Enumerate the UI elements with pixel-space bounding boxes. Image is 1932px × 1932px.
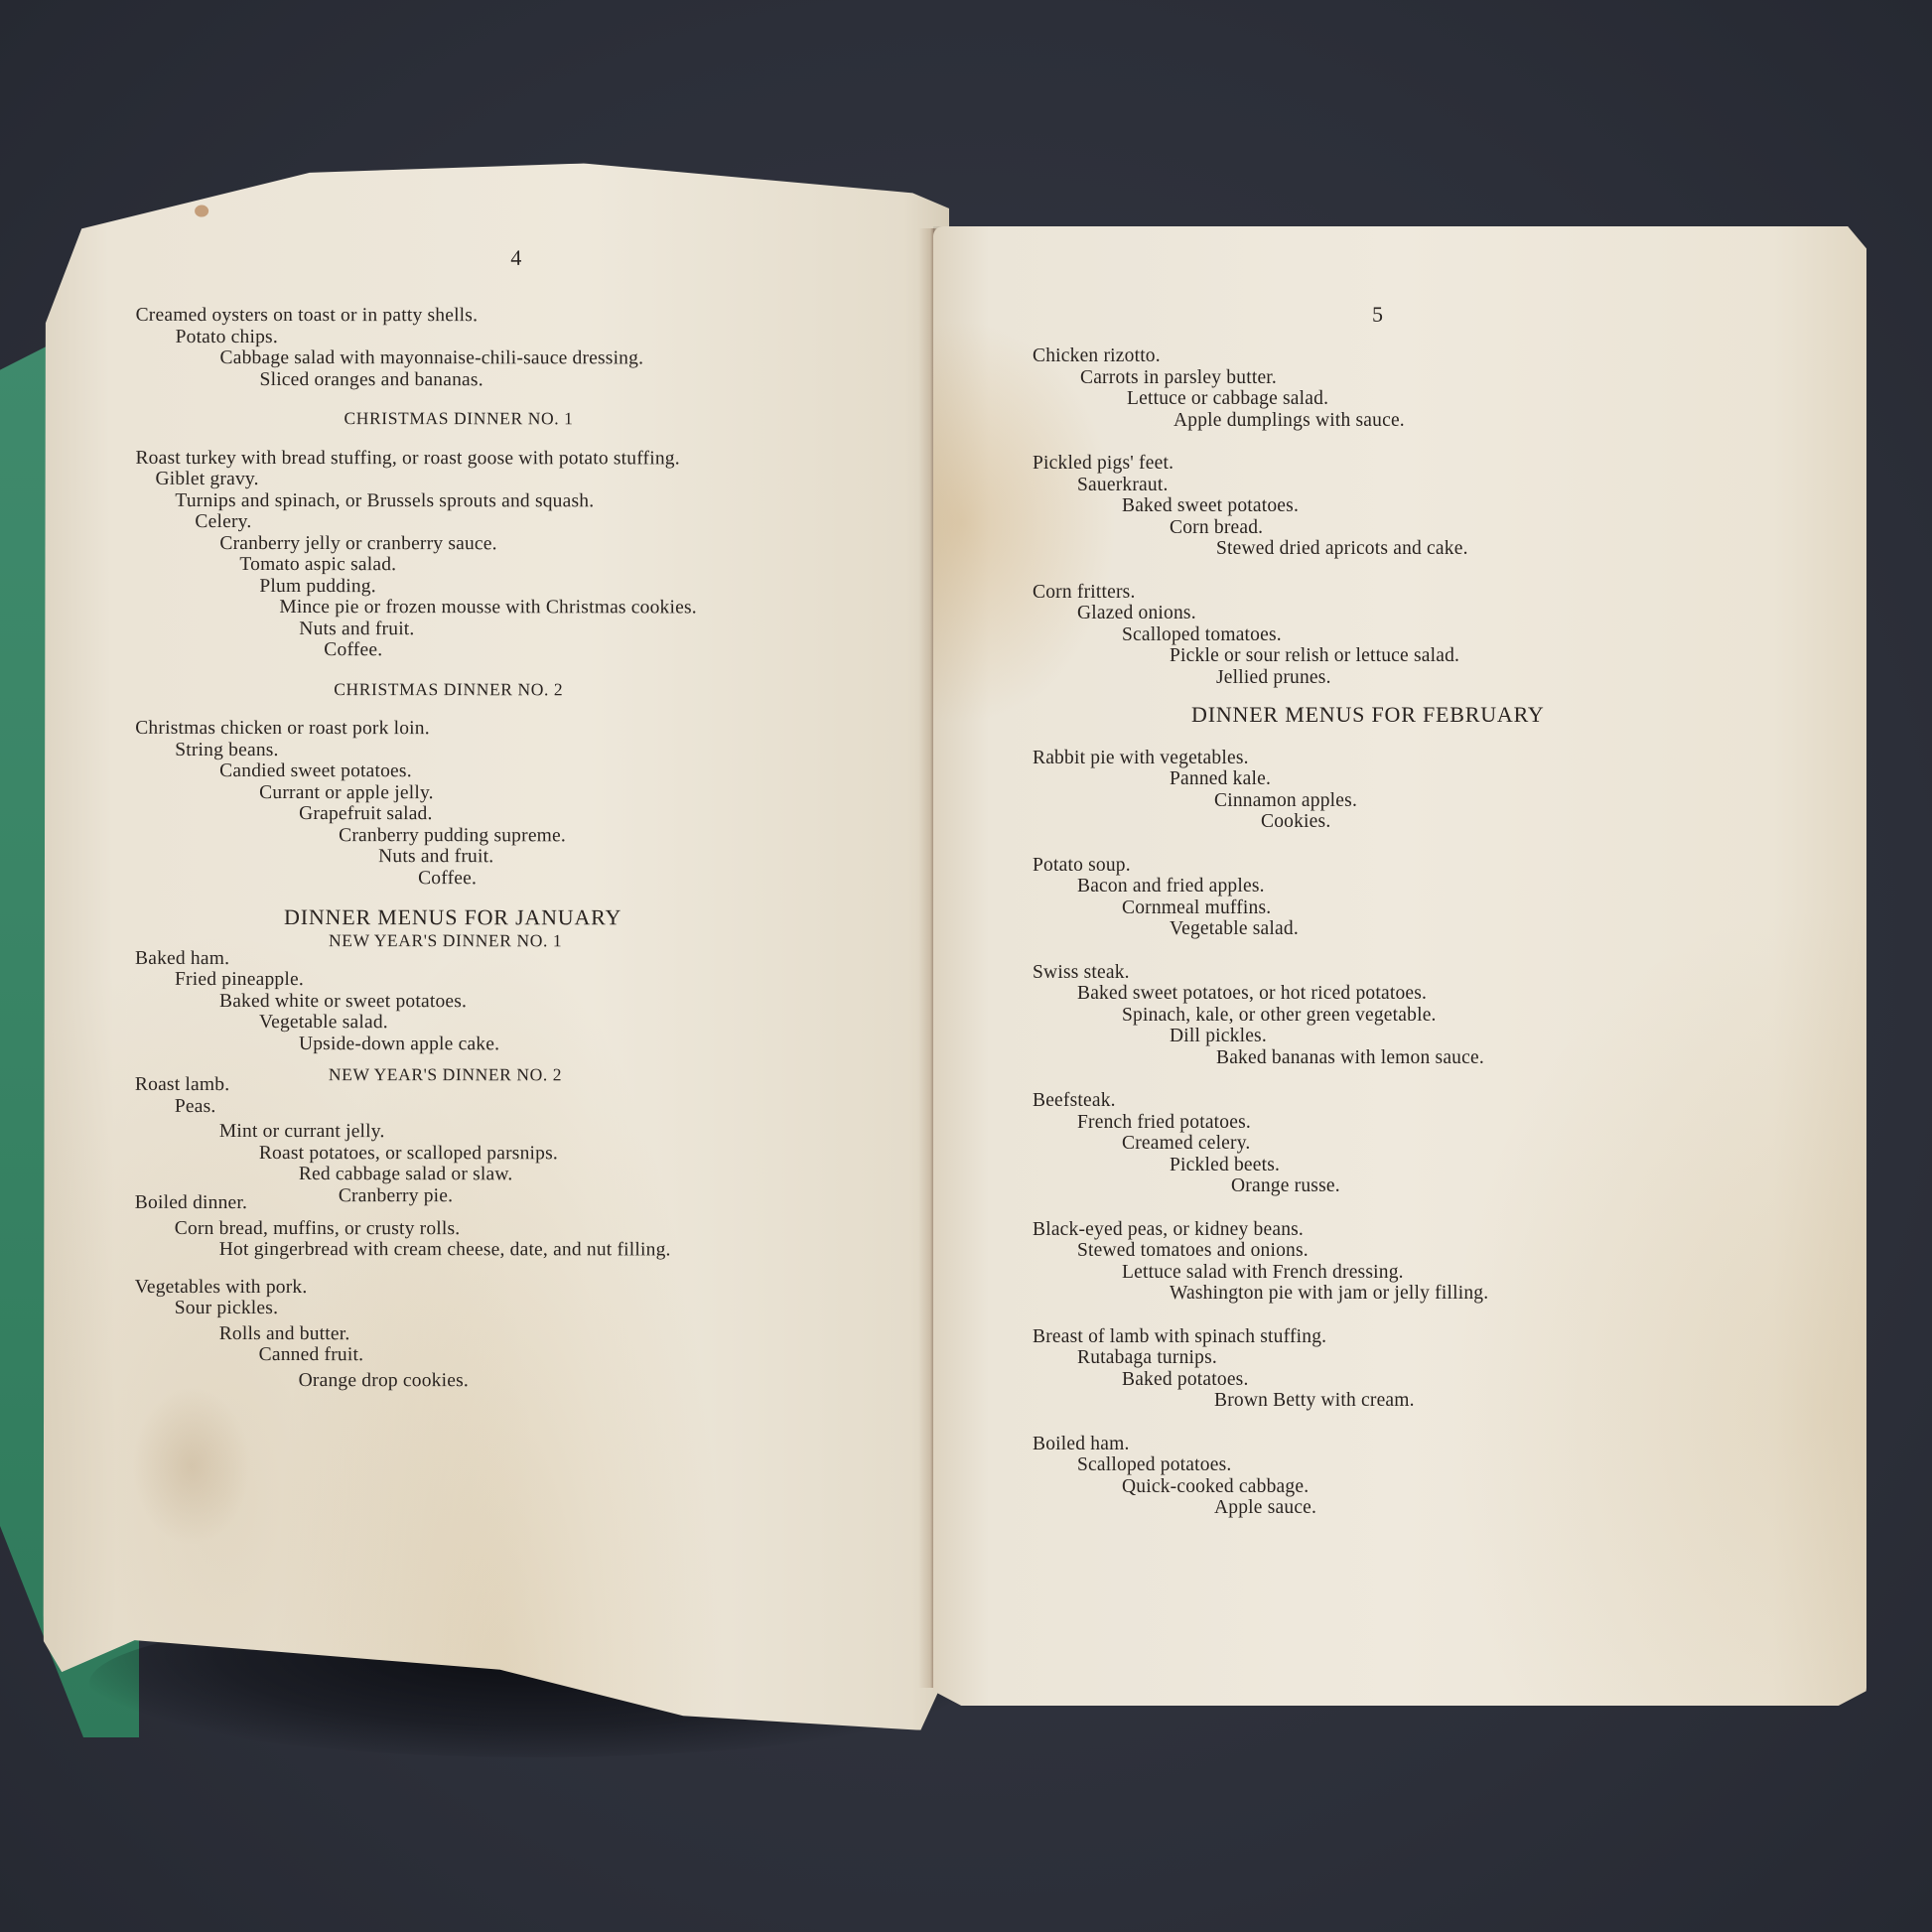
menu-vegetables-pork: Vegetables with pork. Sour pickles. Roll… xyxy=(135,1276,929,1391)
menu-line: Creamed oysters on toast or in patty she… xyxy=(136,305,930,327)
menu-oysters: Creamed oysters on toast or in patty she… xyxy=(136,305,930,391)
menu-christmas-2: Christmas chicken or roast pork loin. St… xyxy=(135,718,929,890)
menu-line: Sauerkraut. xyxy=(1033,475,1827,496)
menu-line: Nuts and fruit. xyxy=(135,618,929,639)
spacer xyxy=(1033,1412,1827,1434)
menu-line: Red cabbage salad or slaw. xyxy=(135,1164,929,1185)
page-number-right: 5 xyxy=(1372,302,1383,328)
menu-line: Beefsteak. xyxy=(1033,1090,1827,1112)
menu-line: Baked sweet potatoes, or hot riced potat… xyxy=(1033,983,1827,1005)
menu-line: Cabbage salad with mayonnaise-chili-sauc… xyxy=(136,347,930,369)
menu-line: Sliced oranges and bananas. xyxy=(136,368,930,390)
menu-line: Upside-down apple cake. xyxy=(135,1033,929,1054)
menu-line: Candied sweet potatoes. xyxy=(135,760,929,782)
menu-line: Corn bread, muffins, or crusty rolls. xyxy=(135,1213,929,1239)
menu-line: Tomato aspic salad. xyxy=(135,554,929,576)
menu-line: Turnips and spinach, or Brussels sprouts… xyxy=(135,489,929,511)
menu-pigs-feet: Pickled pigs' feet. Sauerkraut. Baked sw… xyxy=(1033,453,1827,560)
menu-line: Lettuce or cabbage salad. xyxy=(1033,388,1827,410)
menu-new-year-2: NEW YEAR'S DINNER NO. 2 Roast lamb. Peas… xyxy=(135,1068,929,1207)
menu-line: Hot gingerbread with cream cheese, date,… xyxy=(135,1239,929,1261)
menu-line: Vegetable salad. xyxy=(1033,918,1827,940)
spacer xyxy=(1033,833,1827,855)
menu-line: Brown Betty with cream. xyxy=(1033,1390,1827,1412)
menu-line: Mince pie or frozen mousse with Christma… xyxy=(135,597,929,619)
right-page-content: Chicken rizotto. Carrots in parsley butt… xyxy=(1033,345,1827,1519)
menu-line: Fried pineapple. xyxy=(135,969,929,991)
menu-line: Washington pie with jam or jelly filling… xyxy=(1033,1283,1827,1305)
menu-boiled-ham: Boiled ham. Scalloped potatoes. Quick-co… xyxy=(1033,1434,1827,1519)
menu-line: Quick-cooked cabbage. xyxy=(1033,1476,1827,1498)
month-heading-january: DINNER MENUS FOR JANUARY xyxy=(135,906,929,928)
menu-line: Cranberry pudding supreme. xyxy=(135,824,929,846)
menu-line: Christmas chicken or roast pork loin. xyxy=(135,718,929,740)
menu-line: Scalloped potatoes. xyxy=(1033,1454,1827,1476)
menu-line: Roast potatoes, or scalloped parsnips. xyxy=(135,1142,929,1164)
menu-line: Spinach, kale, or other green vegetable. xyxy=(1033,1005,1827,1027)
menu-line: Swiss steak. xyxy=(1033,962,1827,984)
menu-line: Breast of lamb with spinach stuffing. xyxy=(1033,1326,1827,1348)
menu-line: Lettuce salad with French dressing. xyxy=(1033,1262,1827,1284)
menu-line: Orange drop cookies. xyxy=(135,1365,929,1391)
spacer xyxy=(1033,1197,1827,1219)
menu-line: Rolls and butter. xyxy=(135,1318,929,1344)
left-page-content: Creamed oysters on toast or in patty she… xyxy=(135,305,930,1392)
menu-line: Cranberry pie. xyxy=(135,1184,929,1206)
menu-line: Grapefruit salad. xyxy=(135,803,929,825)
menu-line: Canned fruit. xyxy=(135,1344,929,1366)
section-heading: CHRISTMAS DINNER NO. 1 xyxy=(135,408,929,430)
stain-spot xyxy=(195,206,208,217)
menu-line: Carrots in parsley butter. xyxy=(1033,367,1827,389)
menu-line: Cookies. xyxy=(1033,811,1827,833)
menu-line: Baked potatoes. xyxy=(1033,1369,1827,1391)
menu-line: Rabbit pie with vegetables. xyxy=(1033,748,1827,769)
menu-line: Glazed onions. xyxy=(1033,603,1827,624)
menu-line: Baked bananas with lemon sauce. xyxy=(1033,1047,1827,1069)
menu-line: Creamed celery. xyxy=(1033,1133,1827,1155)
spacer xyxy=(1033,940,1827,962)
photo-scene: 4 Creamed oysters on toast or in patty s… xyxy=(0,0,1932,1932)
menu-line: Rutabaga turnips. xyxy=(1033,1347,1827,1369)
menu-line: Peas. xyxy=(135,1095,929,1117)
menu-line: Corn fritters. xyxy=(1033,582,1827,604)
menu-line: Panned kale. xyxy=(1033,768,1827,790)
left-page: 4 Creamed oysters on toast or in patty s… xyxy=(36,162,957,1735)
menu-chicken-rizotto: Chicken rizotto. Carrots in parsley butt… xyxy=(1033,345,1827,431)
menu-line: Roast turkey with bread stuffing, or roa… xyxy=(135,447,929,469)
section-heading: CHRISTMAS DINNER NO. 2 xyxy=(135,678,929,700)
menu-potato-soup: Potato soup. Bacon and fried apples. Cor… xyxy=(1033,855,1827,940)
section-heading: NEW YEAR'S DINNER NO. 1 xyxy=(329,930,562,952)
menu-line: Corn bread. xyxy=(1033,517,1827,539)
menu-line: Apple dumplings with sauce. xyxy=(1033,410,1827,432)
menu-line: Vegetable salad. xyxy=(135,1012,929,1034)
menu-christmas-1: Roast turkey with bread stuffing, or roa… xyxy=(135,447,929,661)
menu-line: Nuts and fruit. xyxy=(135,846,929,868)
menu-line: Stewed tomatoes and onions. xyxy=(1033,1240,1827,1262)
menu-line: Scalloped tomatoes. xyxy=(1033,624,1827,646)
menu-line: Bacon and fried apples. xyxy=(1033,876,1827,897)
menu-line: Currant or apple jelly. xyxy=(135,781,929,803)
menu-line: Plum pudding. xyxy=(135,575,929,597)
page-number-left: 4 xyxy=(510,245,521,271)
menu-line: Giblet gravy. xyxy=(135,469,929,490)
menu-line: Pickle or sour relish or lettuce salad. xyxy=(1033,645,1827,667)
menu-line: Pickled beets. xyxy=(1033,1155,1827,1176)
menu-line: Coffee. xyxy=(135,639,929,661)
menu-line: String beans. xyxy=(135,739,929,760)
menu-black-eyed-peas: Black-eyed peas, or kidney beans. Stewed… xyxy=(1033,1219,1827,1305)
menu-line: Potato chips. xyxy=(136,326,930,347)
menu-line: Orange russe. xyxy=(1033,1175,1827,1197)
menu-line: Potato soup. xyxy=(1033,855,1827,877)
menu-line: Boiled ham. xyxy=(1033,1434,1827,1455)
menu-line: Cranberry jelly or cranberry sauce. xyxy=(135,532,929,554)
spacer xyxy=(1033,1305,1827,1326)
menu-line: Sour pickles. xyxy=(135,1298,929,1319)
spacer xyxy=(1033,1068,1827,1090)
menu-line: French fried potatoes. xyxy=(1033,1112,1827,1134)
menu-swiss-steak: Swiss steak. Baked sweet potatoes, or ho… xyxy=(1033,962,1827,1069)
menu-line: Baked white or sweet potatoes. xyxy=(135,990,929,1012)
spacer xyxy=(1033,560,1827,582)
menu-line: Baked sweet potatoes. xyxy=(1033,495,1827,517)
menu-line: Vegetables with pork. xyxy=(135,1276,929,1298)
menu-line: Celery. xyxy=(135,511,929,533)
section-heading: NEW YEAR'S DINNER NO. 2 xyxy=(329,1064,562,1086)
menu-line: Jellied prunes. xyxy=(1033,667,1827,689)
menu-line: Chicken rizotto. xyxy=(1033,345,1827,367)
right-page: 5 Chicken rizotto. Carrots in parsley bu… xyxy=(933,226,1866,1706)
month-heading-february: DINNER MENUS FOR FEBRUARY xyxy=(1033,704,1827,726)
menu-line: Apple sauce. xyxy=(1033,1497,1827,1519)
stain-blotch xyxy=(131,1386,251,1546)
menu-line: Cinnamon apples. xyxy=(1033,790,1827,812)
menu-line: Cornmeal muffins. xyxy=(1033,897,1827,919)
menu-breast-of-lamb: Breast of lamb with spinach stuffing. Ru… xyxy=(1033,1326,1827,1412)
menu-new-year-1: NEW YEAR'S DINNER NO. 1 Baked ham. Fried… xyxy=(135,941,929,1054)
menu-line: Stewed dried apricots and cake. xyxy=(1033,538,1827,560)
menu-line: Black-eyed peas, or kidney beans. xyxy=(1033,1219,1827,1241)
menu-beefsteak: Beefsteak. French fried potatoes. Creame… xyxy=(1033,1090,1827,1197)
spacer xyxy=(1033,431,1827,453)
menu-rabbit-pie: Rabbit pie with vegetables. Panned kale.… xyxy=(1033,748,1827,833)
menu-line: Mint or currant jelly. xyxy=(135,1117,929,1143)
menu-corn-fritters: Corn fritters. Glazed onions. Scalloped … xyxy=(1033,582,1827,689)
menu-line: Pickled pigs' feet. xyxy=(1033,453,1827,475)
menu-line: Dill pickles. xyxy=(1033,1026,1827,1047)
menu-line: Coffee. xyxy=(135,867,929,889)
